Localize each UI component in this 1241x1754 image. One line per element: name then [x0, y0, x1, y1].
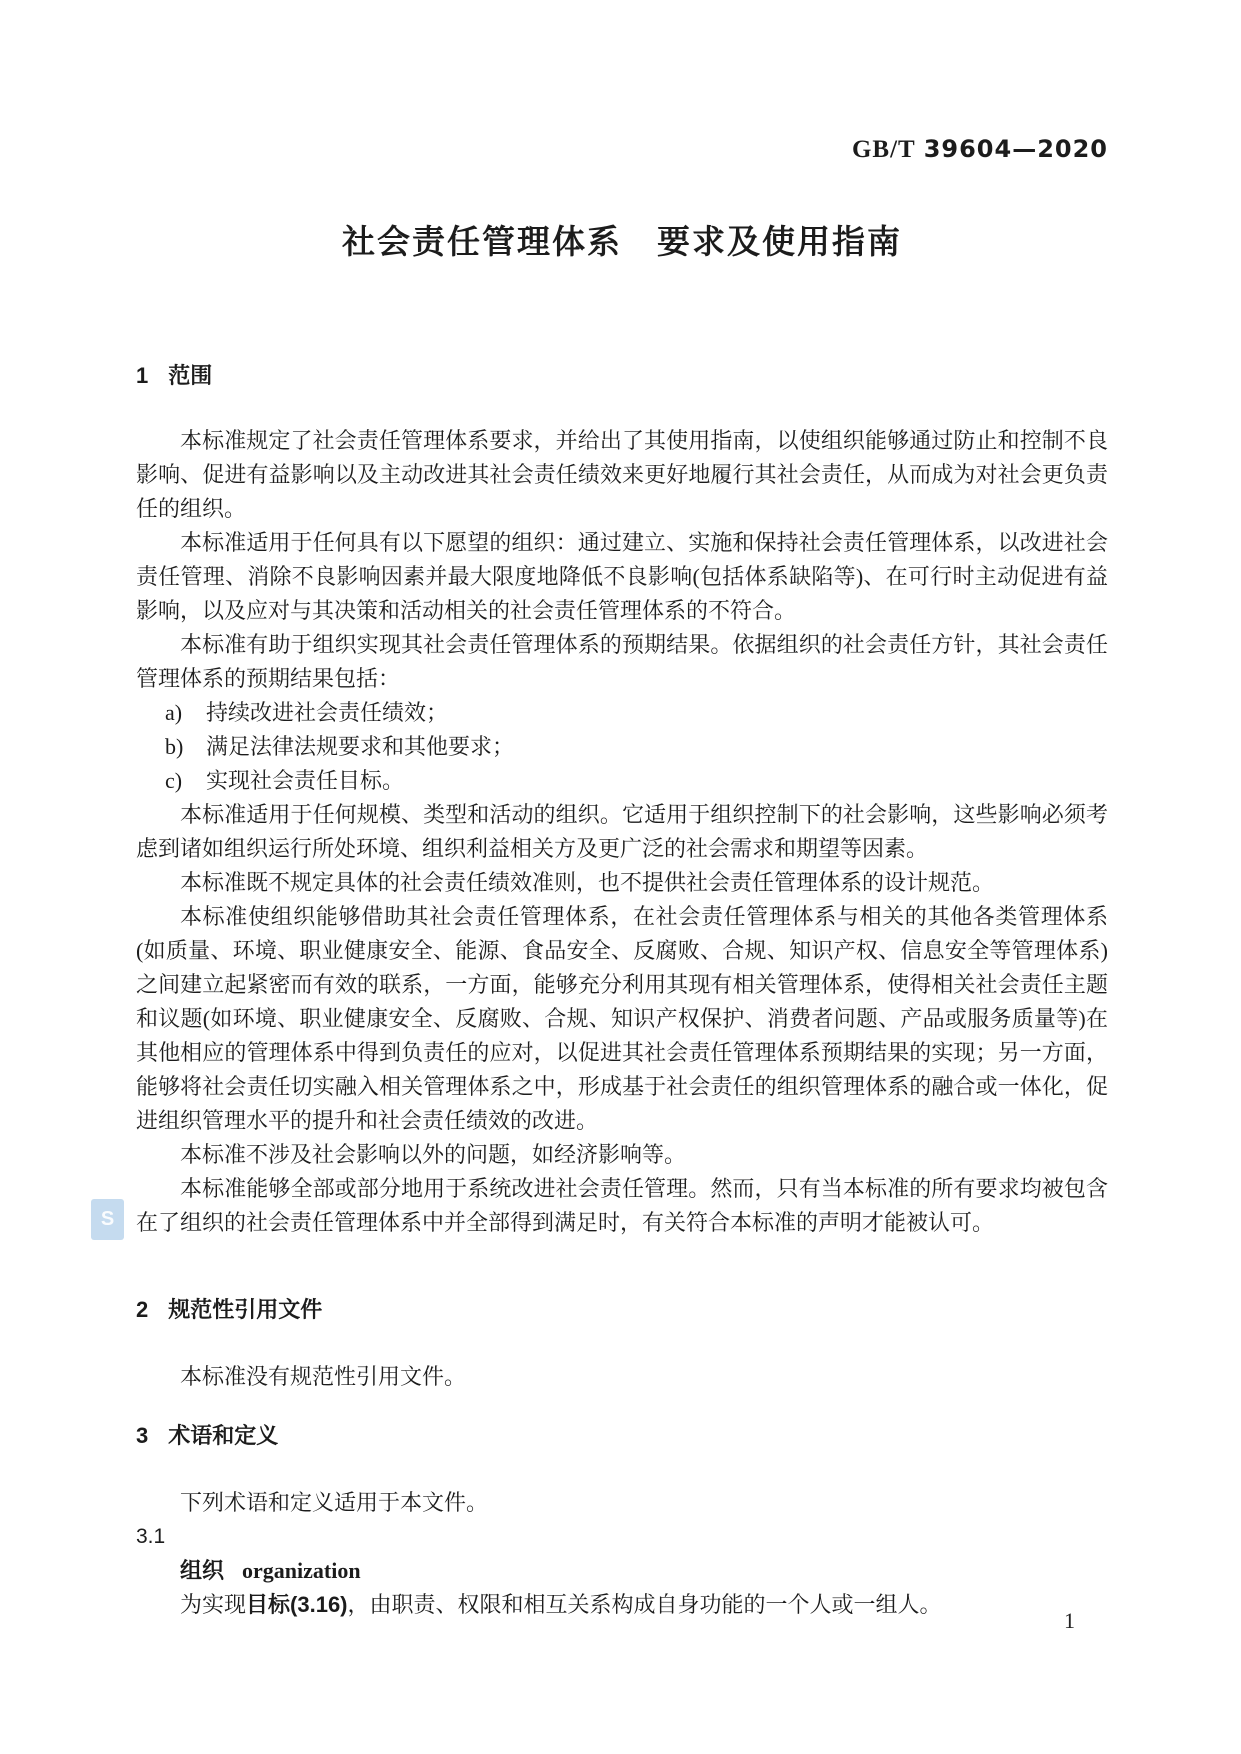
- list-item-a: a)持续改进社会责任绩效；: [136, 696, 1108, 730]
- scope-paragraph-8: 本标准能够全部或部分地用于系统改进社会责任管理。然而，只有当本标准的所有要求均被…: [136, 1172, 1108, 1240]
- section-3-heading: 3术语和定义: [136, 1422, 1108, 1450]
- standard-code-prefix: GB/T: [852, 136, 916, 163]
- list-marker-a: a): [165, 696, 182, 730]
- scope-paragraph-7: 本标准不涉及社会影响以外的问题，如经济影响等。: [136, 1138, 1108, 1172]
- section-3-title: 术语和定义: [168, 1423, 278, 1448]
- section-2-heading: 2规范性引用文件: [136, 1296, 1108, 1324]
- term-definition-ref-number: (3.16): [290, 1592, 347, 1617]
- expected-results-list: a)持续改进社会责任绩效； b)满足法律法规要求和其他要求； c)实现社会责任目…: [136, 696, 1108, 798]
- scope-paragraph-2: 本标准适用于任何具有以下愿望的组织：通过建立、实施和保持社会责任管理体系，以改进…: [136, 526, 1108, 628]
- section-1-number: 1: [136, 363, 148, 388]
- section-2-title: 规范性引用文件: [168, 1297, 322, 1322]
- scope-paragraph-1: 本标准规定了社会责任管理体系要求，并给出了其使用指南，以使组织能够通过防止和控制…: [136, 424, 1108, 526]
- list-marker-c: c): [165, 764, 182, 798]
- normative-references-paragraph: 本标准没有规范性引用文件。: [136, 1360, 1108, 1394]
- term-number: 3.1: [136, 1520, 1108, 1554]
- term-definition-bold-ref: 目标: [246, 1592, 290, 1617]
- page-number: 1: [1064, 1608, 1075, 1634]
- list-text-b: 满足法律法规要求和其他要求；: [206, 734, 514, 759]
- term-definition-post: ，由职责、权限和相互关系构成自身功能的一个人或一组人。: [348, 1592, 942, 1617]
- term-en: organization: [242, 1558, 361, 1583]
- term-entry: 组织organization: [136, 1554, 1108, 1588]
- list-item-b: b)满足法律法规要求和其他要求；: [136, 730, 1108, 764]
- watermark-stamp: S: [91, 1199, 124, 1240]
- page-content: GB/T39604—2020 社会责任管理体系 要求及使用指南 1范围 本标准规…: [136, 0, 1108, 1622]
- list-item-c: c)实现社会责任目标。: [136, 764, 1108, 798]
- section-2-number: 2: [136, 1297, 148, 1322]
- document-title: 社会责任管理体系 要求及使用指南: [136, 222, 1108, 262]
- scope-paragraph-6: 本标准使组织能够借助其社会责任管理体系，在社会责任管理体系与相关的其他各类管理体…: [136, 900, 1108, 1138]
- list-marker-b: b): [165, 730, 183, 764]
- section-1-title: 范围: [168, 363, 212, 388]
- list-text-a: 持续改进社会责任绩效；: [206, 700, 448, 725]
- scope-paragraph-5: 本标准既不规定具体的社会责任绩效准则，也不提供社会责任管理体系的设计规范。: [136, 866, 1108, 900]
- section-1-heading: 1范围: [136, 362, 1108, 390]
- term-definition: 为实现目标(3.16)，由职责、权限和相互关系构成自身功能的一个人或一组人。: [136, 1588, 1108, 1622]
- scope-paragraph-4: 本标准适用于任何规模、类型和活动的组织。它适用于组织控制下的社会影响，这些影响必…: [136, 798, 1108, 866]
- term-definition-pre: 为实现: [180, 1592, 246, 1617]
- standard-code: GB/T39604—2020: [136, 0, 1108, 168]
- standard-code-number: 39604—2020: [924, 135, 1108, 163]
- list-text-c: 实现社会责任目标。: [206, 768, 404, 793]
- term-zh: 组织: [180, 1558, 224, 1583]
- terms-intro-paragraph: 下列术语和定义适用于本文件。: [136, 1486, 1108, 1520]
- scope-paragraph-3: 本标准有助于组织实现其社会责任管理体系的预期结果。依据组织的社会责任方针，其社会…: [136, 628, 1108, 696]
- watermark-letter: S: [101, 1208, 114, 1231]
- section-3-number: 3: [136, 1423, 148, 1448]
